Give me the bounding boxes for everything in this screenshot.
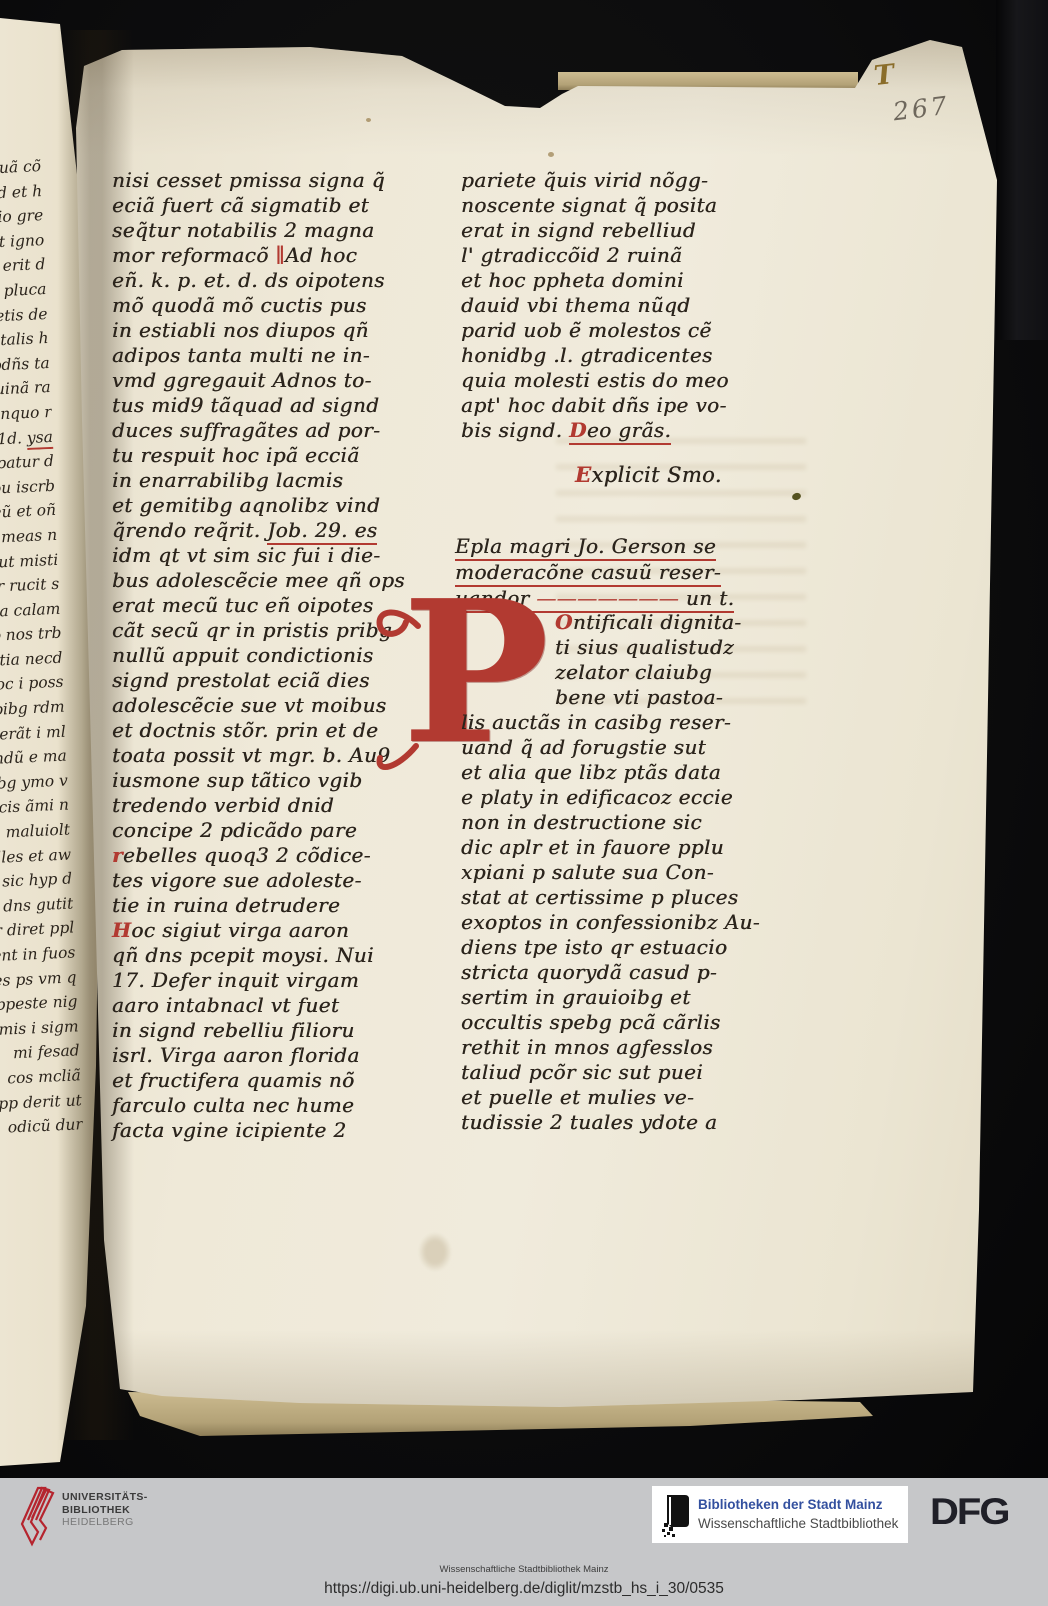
manuscript-line: facta vgine icipiente 2 xyxy=(112,1118,462,1143)
manuscript-line: lis auctãs in casibg reser- xyxy=(461,710,806,735)
ub-heidelberg-logo-icon xyxy=(18,1484,58,1550)
manuscript-line: tes vigore sue adoleste- xyxy=(112,868,462,893)
manuscript-line: pariete q̃uis virid nõgg- xyxy=(461,168,806,193)
footer-caption: Wissenschaftliche Stadtbibliothek Mainz xyxy=(0,1564,1048,1575)
explicit-line: Explicit Smo. xyxy=(575,462,722,487)
manuscript-line: in signd rebelliu filioru xyxy=(112,1018,462,1043)
manuscript-line: erat in signd rebelliud xyxy=(461,218,806,243)
manuscript-line: non in destructione sic xyxy=(461,810,806,835)
initial-flourish xyxy=(368,596,438,796)
manuscript-line: tu respuit hoc ipã ecciã xyxy=(112,443,462,468)
manuscript-line: l' gtradiccõid 2 ruinã xyxy=(461,243,806,268)
manuscript-line: mõ quodã mõ cuctis pus xyxy=(112,293,462,318)
manuscript-line: mor reformacõ ∥Ad hoc xyxy=(112,243,462,268)
manuscript-line: honidbg .l. gtradicentes xyxy=(461,343,806,368)
mainz-label-line1: Bibliotheken der Stadt Mainz xyxy=(698,1495,898,1514)
mainz-library-logo: Bibliotheken der Stadt Mainz Wissenschaf… xyxy=(652,1486,908,1543)
manuscript-line: et puelle et mulies ve- xyxy=(461,1085,806,1110)
manuscript-line: quia molesti estis do meo xyxy=(461,368,806,393)
manuscript-line: tus mid9 tãquad ad signd xyxy=(112,393,462,418)
manuscript-line: occultis spebg pcã cãrlis xyxy=(461,1010,806,1035)
mainz-label-line2: Wissenschaftliche Stadtbibliothek xyxy=(698,1514,898,1533)
manuscript-line: diens tpe isto qr estuacio xyxy=(461,935,806,960)
viewer-footer: UNIVERSITÄTS- BIBLIOTHEK HEIDELBERG Bibl… xyxy=(0,1478,1048,1606)
manuscript-line: eñ. k. p. et. d. ds oipotens xyxy=(112,268,462,293)
manuscript-line: dic aplr et in fauore pplu xyxy=(461,835,806,860)
manuscript-line: Epla magri Jo. Gerson se xyxy=(455,533,734,559)
manuscript-line: et gemitibg aqnolibz vind xyxy=(112,493,462,518)
manuscript-line: rethit in mnos agfesslos xyxy=(461,1035,806,1060)
manuscript-line: tudissie 2 tuales ydote a xyxy=(461,1110,806,1135)
mainz-library-label: Bibliotheken der Stadt Mainz Wissenschaf… xyxy=(698,1495,898,1533)
manuscript-line: uand q̃ ad forugstie sut xyxy=(461,735,806,760)
manuscript-line: et hoc ppheta domini xyxy=(461,268,806,293)
manuscript-line: zelator claiubg xyxy=(461,660,806,685)
manuscript-line: vmd ggregauit Adnos to- xyxy=(112,368,462,393)
manuscript-line: Ontificali dignita- xyxy=(461,610,806,635)
manuscript-line: exoptos in confessionibz Au- xyxy=(461,910,806,935)
page-bottom-shading xyxy=(90,1330,990,1410)
manuscript-line: q̃rendo req̃rit. Job. 29. es xyxy=(112,518,462,543)
manuscript-line: 17. Defer inquit virgam xyxy=(112,968,462,993)
ub-heidelberg-label: UNIVERSITÄTS- BIBLIOTHEK HEIDELBERG xyxy=(62,1491,148,1529)
manuscript-line: stat at certissime p pluces xyxy=(461,885,806,910)
manuscript-line: e platy in edificacoz eccie xyxy=(461,785,806,810)
speck xyxy=(548,152,554,157)
manuscript-line: ti sius qualistudz xyxy=(461,635,806,660)
manuscript-line: sertim in grauioibg et xyxy=(461,985,806,1010)
corner-mark: T xyxy=(872,59,895,92)
manuscript-line: farculo culta nec hume xyxy=(112,1093,462,1118)
manuscript-line: qñ dns pcepit moysi. Nui xyxy=(112,943,462,968)
right-text-column-body: Ontificali dignita-ti sius qualistudzzel… xyxy=(461,610,806,1135)
digitized-manuscript-scan: dror quã cõsapietid et htuctio greror et… xyxy=(0,0,1048,1606)
manuscript-line: xpiani p salute sua Con- xyxy=(461,860,806,885)
manuscript-line: tie in ruina detrudere xyxy=(112,893,462,918)
manuscript-line: concipe 2 pdicãdo pare xyxy=(112,818,462,843)
manuscript-line: et fructifera quamis nõ xyxy=(112,1068,462,1093)
manuscript-line: in enarrabilibg lacmis xyxy=(112,468,462,493)
manuscript-line: duces suffragãtes ad por- xyxy=(112,418,462,443)
ub-label-line2: BIBLIOTHEK xyxy=(62,1504,148,1517)
dfg-logo: DFG xyxy=(930,1492,1008,1533)
manuscript-line: stricta quorydã casud p- xyxy=(461,960,806,985)
faint-stain xyxy=(418,1232,452,1272)
page-top-shading xyxy=(60,36,1000,156)
ub-label-line1: UNIVERSITÄTS- xyxy=(62,1491,148,1504)
right-text-column-upper: pariete q̃uis virid nõgg-noscente signat… xyxy=(461,168,806,443)
book-icon xyxy=(659,1493,693,1539)
manuscript-line: in estiabli nos diupos qñ xyxy=(112,318,462,343)
manuscript-line: aaro intabnacl vt fuet xyxy=(112,993,462,1018)
footer-url: https://digi.ub.uni-heidelberg.de/diglit… xyxy=(0,1580,1048,1598)
speck xyxy=(366,118,371,122)
ub-label-line3: HEIDELBERG xyxy=(62,1516,148,1529)
manuscript-line: parid uob ẽ molestos cẽ xyxy=(461,318,806,343)
manuscript-line: Explicit Smo. xyxy=(575,462,722,487)
manuscript-line: tredendo verbid dnid xyxy=(112,793,462,818)
manuscript-line: apt' hoc dabit dñs ipe vo- xyxy=(461,393,806,418)
manuscript-line: Hoc sigiut virga aaron xyxy=(112,918,462,943)
manuscript-line: noscente signat q̃ posita xyxy=(461,193,806,218)
manuscript-line: nisi cesset pmissa signa q̃ xyxy=(112,168,462,193)
manuscript-line: bis signd. Deo grãs. xyxy=(461,418,806,443)
manuscript-line: adipos tanta multi ne in- xyxy=(112,343,462,368)
backdrop-seam xyxy=(996,0,1048,340)
manuscript-line: isrl. Virga aaron florida xyxy=(112,1043,462,1068)
manuscript-line: et alia que libz ptãs data xyxy=(461,760,806,785)
manuscript-line: rebelles quoq3 2 cõdice- xyxy=(112,843,462,868)
manuscript-line: dauid vbi thema nũqd xyxy=(461,293,806,318)
manuscript-line: bene vti pastoa- xyxy=(461,685,806,710)
manuscript-line: seq̃tur notabilis 2 magna xyxy=(112,218,462,243)
manuscript-line: taliud pcõr sic sut puei xyxy=(461,1060,806,1085)
photo-background: dror quã cõsapietid et htuctio greror et… xyxy=(0,0,1048,1478)
manuscript-line: eciã fuert cã sigmatib et xyxy=(112,193,462,218)
